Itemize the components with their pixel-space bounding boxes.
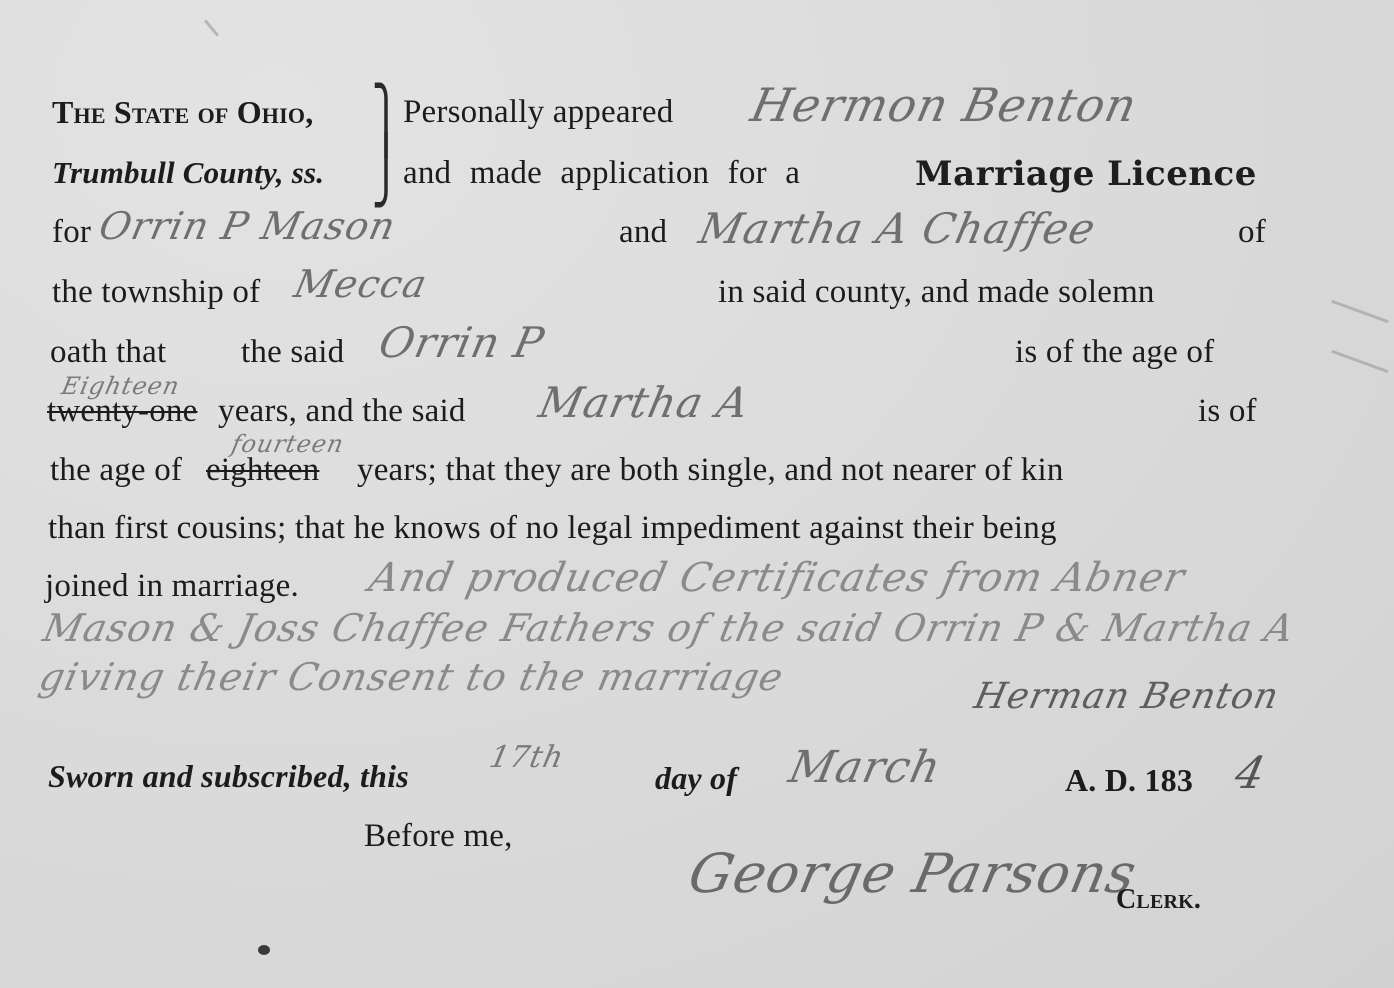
certificate-note-line2: Mason & Joss Chaffee Fathers of the said…	[39, 606, 1298, 650]
the-age-of-text: the age of	[50, 452, 182, 489]
of-text: of	[1238, 214, 1266, 251]
year-digit-handwritten: 4	[1231, 748, 1271, 799]
bride-first-name-handwritten: Martha A	[535, 378, 754, 427]
the-said-text: the said	[241, 334, 344, 371]
single-kin-text: years; that they are both single, and no…	[357, 452, 1064, 489]
sworn-subscribed-label: Sworn and subscribed, this	[48, 758, 409, 795]
brace-bottom: ⎭	[372, 134, 401, 208]
scan-mark	[1331, 300, 1388, 323]
bride-name-handwritten: Martha A Chaffee	[695, 204, 1101, 253]
township-label: the township of	[52, 274, 260, 311]
cousins-impediment-text: than first cousins; that he knows of no …	[48, 510, 1057, 547]
county-oath-text: in said county, and made solemn	[718, 274, 1155, 311]
day-handwritten: 17th	[486, 740, 567, 775]
before-me-label: Before me,	[364, 818, 513, 855]
and-text: and	[619, 214, 667, 251]
clerk-signature: George Parsons	[683, 842, 1142, 905]
application-text: and made application for a	[403, 155, 800, 192]
groom-age-struck-text: twenty-one	[47, 393, 197, 430]
month-handwritten: March	[785, 742, 946, 793]
clerk-label: Clerk.	[1116, 884, 1201, 916]
applicant-name-handwritten: Hermon Benton	[746, 78, 1142, 132]
applicant-signature: Herman Benton	[971, 676, 1283, 717]
township-handwritten: Mecca	[290, 262, 431, 306]
state-label: The State of Ohio,	[52, 94, 313, 131]
for-text: for	[52, 214, 91, 251]
ink-blot	[258, 945, 270, 955]
marriage-licence-document: The State of Ohio, Trumbull County, ss. …	[0, 0, 1394, 988]
years-and-said-text: years, and the said	[218, 393, 466, 430]
joined-in-marriage-text: joined in marriage.	[45, 568, 299, 605]
bride-age-struck-text: eighteen	[206, 452, 319, 489]
groom-name-handwritten: Orrin P Mason	[95, 204, 400, 248]
scan-mark	[204, 19, 219, 36]
county-label: Trumbull County, ss.	[52, 155, 324, 191]
groom-first-name-handwritten: Orrin P	[375, 318, 549, 367]
age-of-text: is of the age of	[1015, 334, 1214, 371]
day-of-label: day of	[655, 760, 737, 797]
certificate-note-line3: giving their Consent to the marriage	[35, 655, 787, 699]
personally-appeared-text: Personally appeared	[403, 94, 673, 131]
scan-mark	[1331, 350, 1388, 373]
certificate-note-line1: And produced Certificates from Abner	[365, 555, 1189, 601]
is-of-text: is of	[1198, 393, 1257, 430]
anno-domini-label: A. D. 183	[1065, 762, 1193, 799]
marriage-licence-heading: Marriage Licence	[915, 154, 1257, 194]
oath-that-text: oath that	[50, 334, 166, 371]
